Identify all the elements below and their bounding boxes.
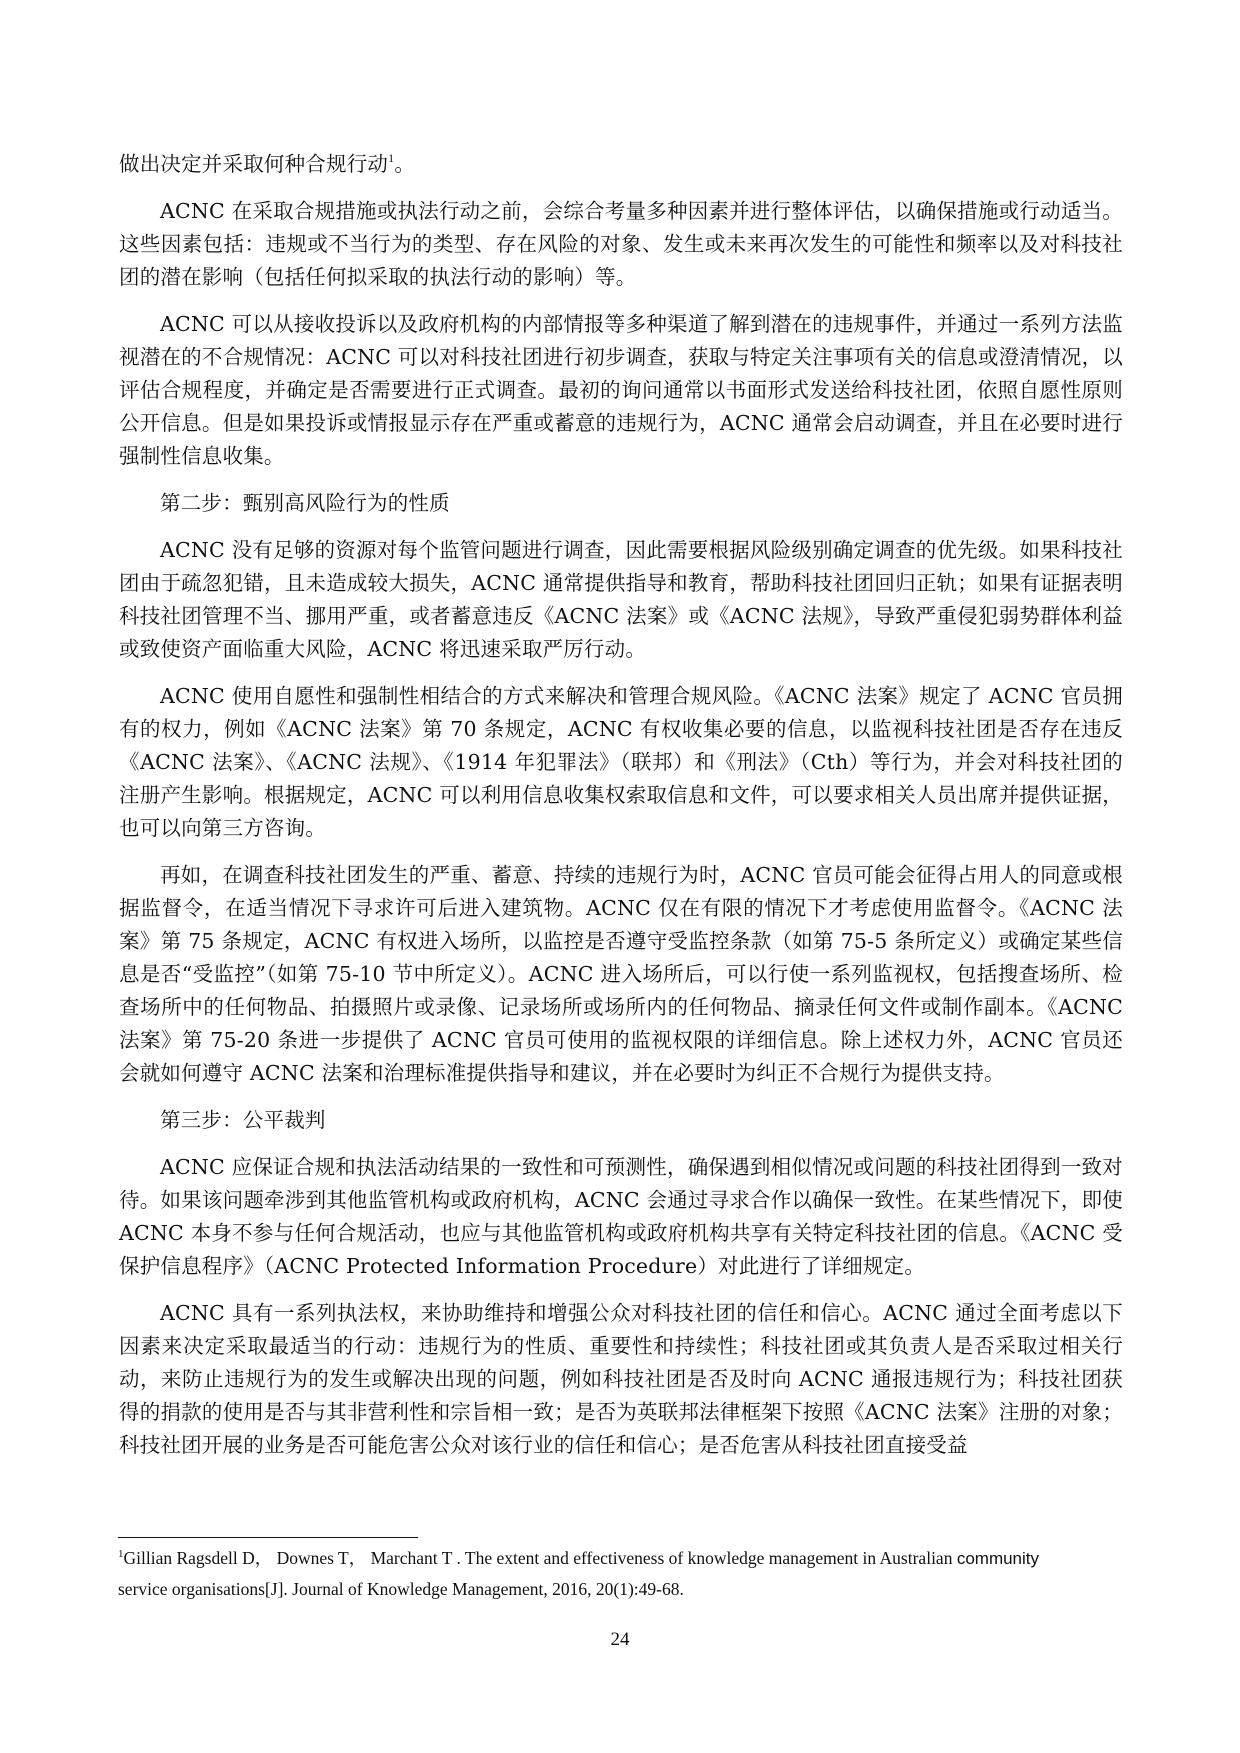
step-3-heading: 第三步：公平裁判	[119, 1104, 1123, 1137]
paragraph-monitoring: ACNC 可以从接收投诉以及政府机构的内部情报等多种渠道了解到潜在的违规事件，并…	[119, 308, 1123, 473]
document-page: 做出决定并采取何种合规行动1。 ACNC 在采取合规措施或执法行动之前，会综合考…	[0, 0, 1240, 1753]
paragraph-factors: ACNC 在采取合规措施或执法行动之前，会综合考量多种因素并进行整体评估，以确保…	[119, 195, 1123, 294]
paragraph-punctuation: 。	[394, 152, 415, 176]
step-2-heading: 第二步：甄别高风险行为的性质	[119, 487, 1123, 520]
paragraph-entry-powers: 再如，在调查科技社团发生的严重、蓄意、持续的违规行为时，ACNC 官员可能会征得…	[119, 859, 1123, 1090]
paragraph-risk-priority: ACNC 没有足够的资源对每个监管问题进行调查，因此需要根据风险级别确定调查的优…	[119, 534, 1123, 666]
paragraph-consistency: ACNC 应保证合规和执法活动结果的一致性和可预测性，确保遇到相似情况或问题的科…	[119, 1151, 1123, 1283]
footnote-separator	[118, 1537, 418, 1538]
body-text: 做出决定并采取何种合规行动1。 ACNC 在采取合规措施或执法行动之前，会综合考…	[119, 148, 1123, 1476]
footnote-line-2: service organisations[J]. Journal of Kno…	[118, 1574, 1118, 1605]
page-number: 24	[0, 1626, 1240, 1654]
footnote-sans-word: community	[957, 1549, 1039, 1568]
footnote-line-1: 1Gillian Ragsdell D， Downes T， Marchant …	[118, 1543, 1118, 1574]
footnote-citation-text: Gillian Ragsdell D， Downes T， Marchant T…	[124, 1548, 957, 1568]
paragraph-text: 做出决定并采取何种合规行动	[119, 152, 388, 176]
paragraph-continuation: 做出决定并采取何种合规行动1。	[119, 148, 1123, 181]
paragraph-enforcement: ACNC 具有一系列执法权，来协助维持和增强公众对科技社团的信任和信心。ACNC…	[119, 1297, 1123, 1462]
footnote: 1Gillian Ragsdell D， Downes T， Marchant …	[118, 1543, 1118, 1605]
paragraph-powers: ACNC 使用自愿性和强制性相结合的方式来解决和管理合规风险。《ACNC 法案》…	[119, 680, 1123, 845]
